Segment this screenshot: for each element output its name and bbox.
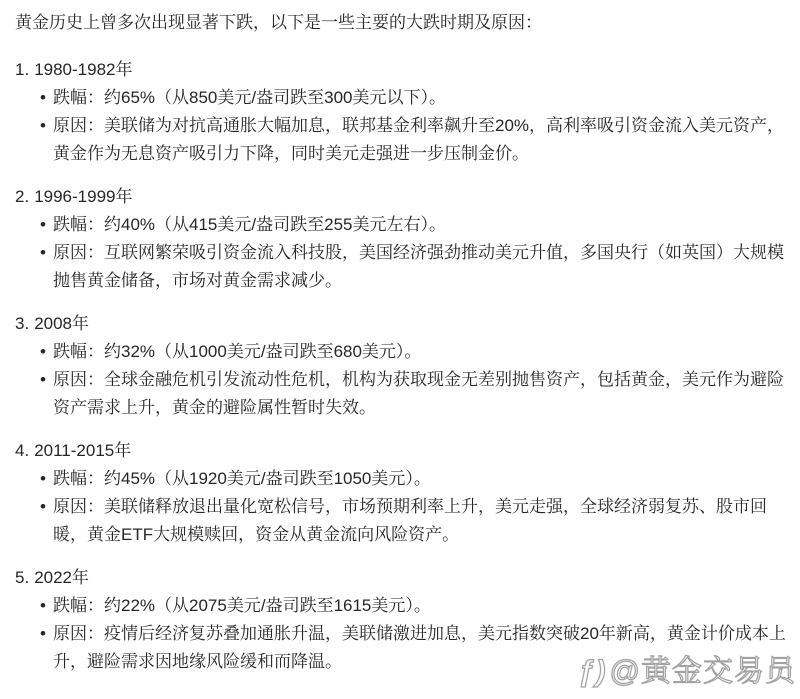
section-period: 1980-1982年: [34, 56, 132, 84]
section-number: 3.: [15, 310, 29, 338]
watermark: ƒ)@黄金交易员: [578, 655, 796, 689]
watermark-logo-icon: ƒ): [578, 655, 607, 688]
section-number: 2.: [15, 183, 29, 211]
bullet-list: 跌幅：约45%（从1920美元/盎司跌至1050美元）。 原因：美联储释放退出量…: [15, 465, 790, 549]
drop-bullet: 跌幅：约40%（从415美元/盎司跌至255美元左右）。: [41, 211, 790, 239]
section-heading: 4. 2011-2015年: [15, 437, 790, 465]
bullet-list: 跌幅：约40%（从415美元/盎司跌至255美元左右）。 原因：互联网繁荣吸引资…: [15, 211, 790, 295]
reason-bullet: 原因：美联储为对抗高通胀大幅加息，联邦基金利率飙升至20%，高利率吸引资金流入美…: [41, 112, 790, 168]
section-number: 5.: [15, 564, 29, 592]
section-heading: 5. 2022年: [15, 564, 790, 592]
section-number: 4.: [15, 437, 29, 465]
reason-bullet: 原因：美联储释放退出量化宽松信号，市场预期利率上升，美元走强，全球经济弱复苏、股…: [41, 493, 790, 549]
document: 黄金历史上曾多次出现显著下跌，以下是一些主要的大跌时期及原因： 1. 1980-…: [0, 0, 800, 676]
section-period: 2022年: [34, 564, 89, 592]
reason-bullet: 原因：全球金融危机引发流动性危机，机构为获取现金无差别抛售资产，包括黄金，美元作…: [41, 366, 790, 422]
drop-bullet: 跌幅：约45%（从1920美元/盎司跌至1050美元）。: [41, 465, 790, 493]
watermark-handle: @黄金交易员: [610, 655, 796, 688]
intro-text: 黄金历史上曾多次出现显著下跌，以下是一些主要的大跌时期及原因：: [15, 9, 790, 37]
section: 1. 1980-1982年 跌幅：约65%（从850美元/盎司跌至300美元以下…: [15, 56, 790, 168]
section: 3. 2008年 跌幅：约32%（从1000美元/盎司跌至680美元）。 原因：…: [15, 310, 790, 422]
section: 4. 2011-2015年 跌幅：约45%（从1920美元/盎司跌至1050美元…: [15, 437, 790, 549]
section-period: 1996-1999年: [34, 183, 132, 211]
bullet-list: 跌幅：约32%（从1000美元/盎司跌至680美元）。 原因：全球金融危机引发流…: [15, 338, 790, 422]
bullet-list: 跌幅：约65%（从850美元/盎司跌至300美元以下）。 原因：美联储为对抗高通…: [15, 84, 790, 168]
section-period: 2008年: [34, 310, 89, 338]
section: 2. 1996-1999年 跌幅：约40%（从415美元/盎司跌至255美元左右…: [15, 183, 790, 295]
drop-bullet: 跌幅：约65%（从850美元/盎司跌至300美元以下）。: [41, 84, 790, 112]
drop-bullet: 跌幅：约32%（从1000美元/盎司跌至680美元）。: [41, 338, 790, 366]
section-period: 2011-2015年: [34, 437, 131, 465]
section-heading: 1. 1980-1982年: [15, 56, 790, 84]
reason-bullet: 原因：互联网繁荣吸引资金流入科技股，美国经济强劲推动美元升值，多国央行（如英国）…: [41, 239, 790, 295]
section-number: 1.: [15, 56, 29, 84]
section-heading: 3. 2008年: [15, 310, 790, 338]
section-heading: 2. 1996-1999年: [15, 183, 790, 211]
drop-bullet: 跌幅：约22%（从2075美元/盎司跌至1615美元）。: [41, 592, 790, 620]
